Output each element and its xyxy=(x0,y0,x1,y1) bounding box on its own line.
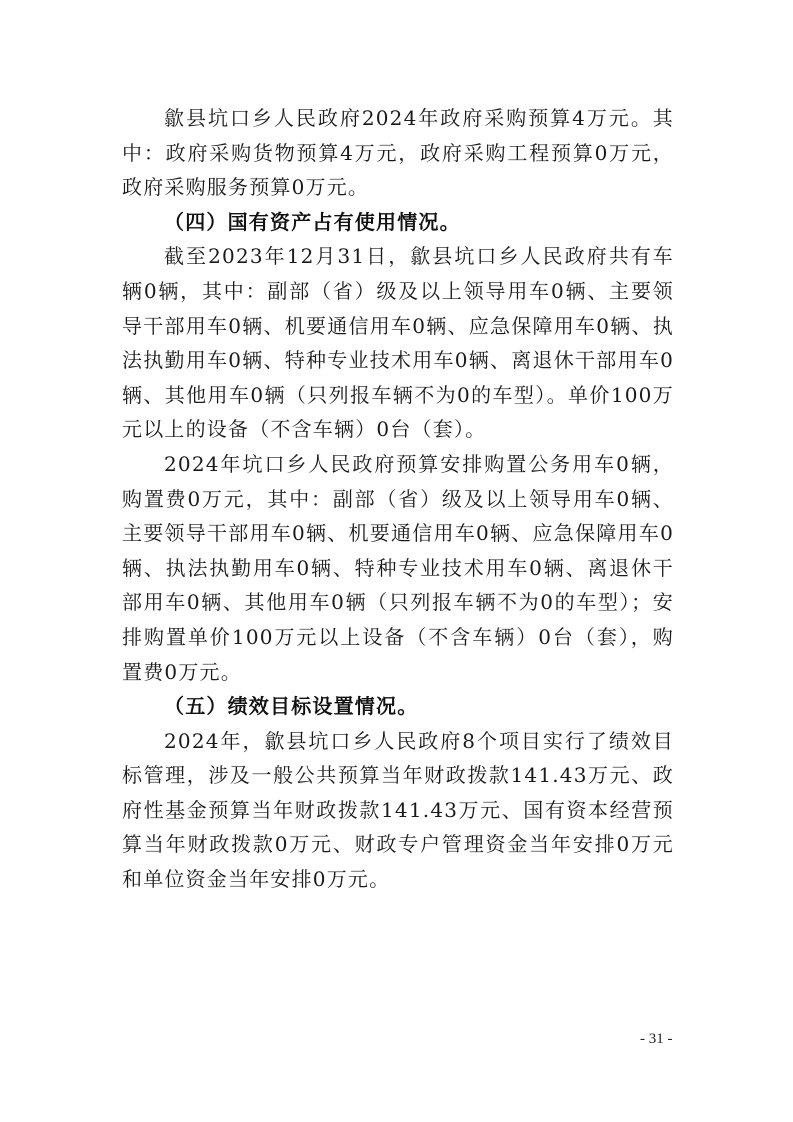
section-heading-state-assets: （四）国有资产占有使用情况。 xyxy=(122,205,674,240)
paragraph-vehicle-purchase-plan: 2024年坑口乡人民政府预算安排购置公务用车0辆，购置费0万元，其中：副部（省）… xyxy=(122,447,674,689)
paragraph-performance-management: 2024年，歙县坑口乡人民政府8个项目实行了绩效目标管理，涉及一般公共预算当年财… xyxy=(122,724,674,897)
document-page-body: 歙县坑口乡人民政府2024年政府采购预算4万元。其中：政府采购货物预算4万元，政… xyxy=(122,101,674,897)
paragraph-procurement-budget: 歙县坑口乡人民政府2024年政府采购预算4万元。其中：政府采购货物预算4万元，政… xyxy=(122,101,674,205)
paragraph-vehicle-holdings: 截至2023年12月31日，歙县坑口乡人民政府共有车辆0辆，其中：副部（省）级及… xyxy=(122,239,674,447)
section-heading-performance-goals: （五）绩效目标设置情况。 xyxy=(122,689,674,724)
page-number: - 31 - xyxy=(640,1031,673,1048)
